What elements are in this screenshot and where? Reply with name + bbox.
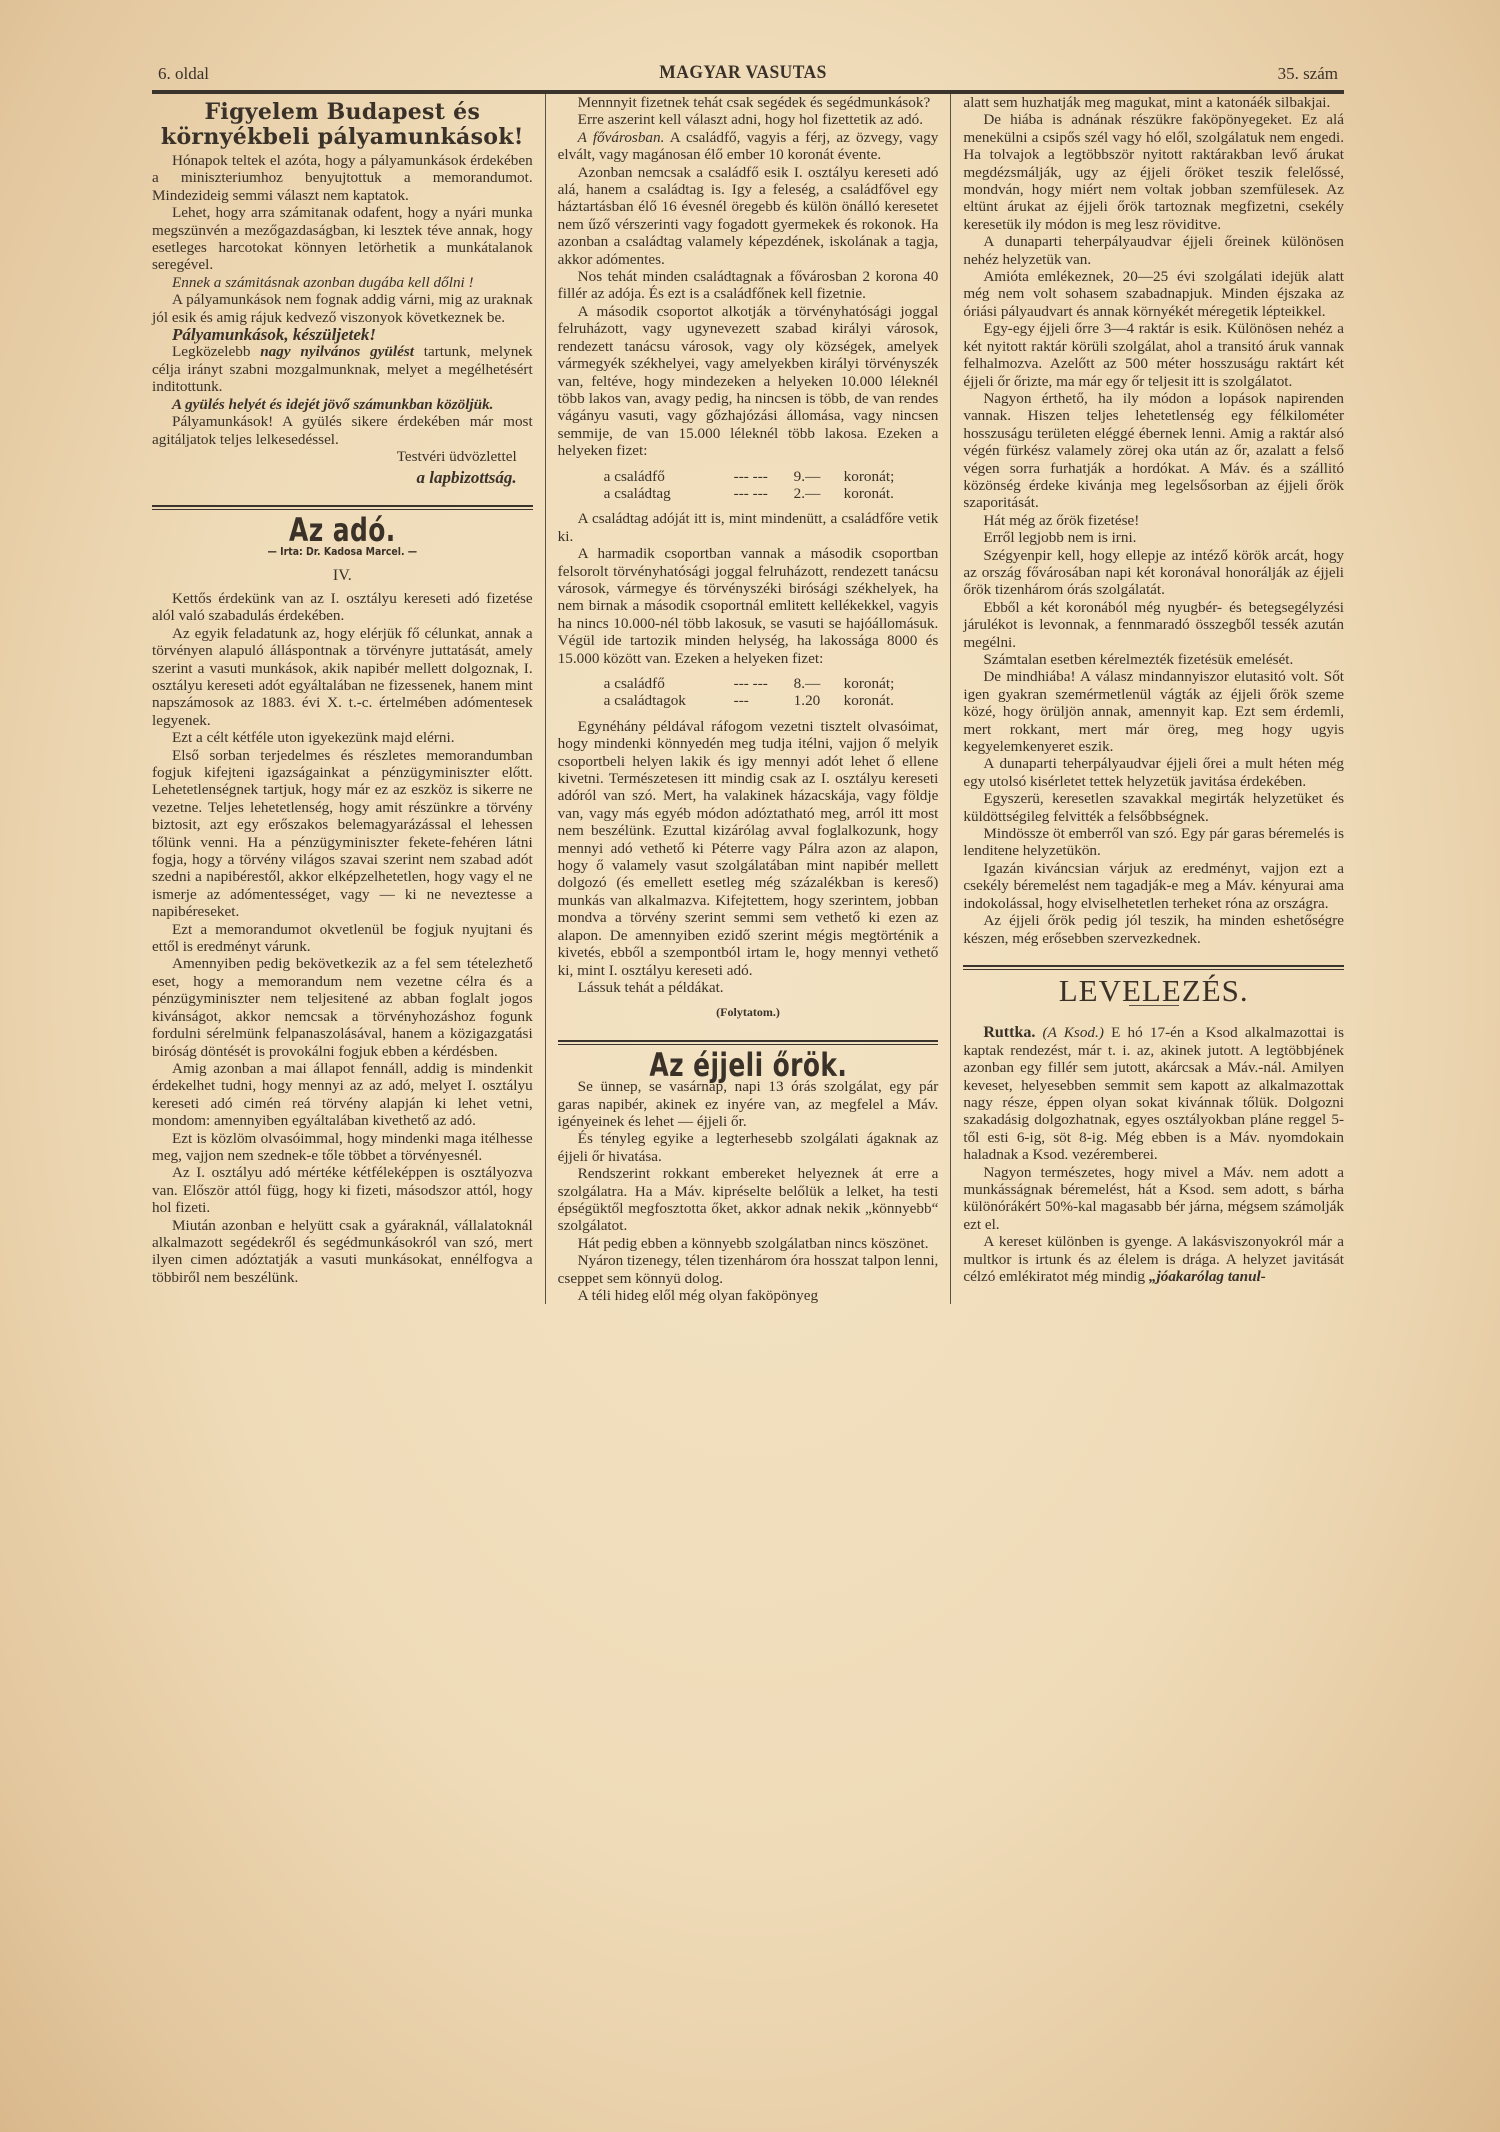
paragraph-continuation: alatt sem huzhatják meg magukat, mint a … [963,94,1344,111]
article-headline-pályamunkások: Figyelem Budapest és környékbeli pályamu… [152,100,533,150]
paragraph: Ezt is közlöm olvasóimmal, hogy mindenki… [152,1130,533,1165]
greeting: Testvéri üdvözlettel [152,448,533,465]
paragraph: A dunaparti teherpályaudvar éjjeli őrein… [963,233,1344,268]
capital-paragraph: A fővárosban. A családfő, vagyis a férj,… [558,129,939,164]
byline: — Irta: Dr. Kadosa Marcel. — [181,543,505,560]
letter-paragraph: Ruttka. (A Ksod.) E hó 17-én a Ksod alka… [963,1024,1344,1163]
paragraph: Ezt a célt kétféle uton igyekezünk majd … [152,729,533,746]
paragraph: Miután azonban e helyütt csak a gyárakná… [152,1217,533,1287]
paragraph: A pályamunkások nem fognak addig várni, … [152,291,533,326]
paragraph: Első sorban terjedelmes és részletes mem… [152,747,533,921]
paragraph: A harmadik csoportban vannak a második c… [558,545,939,667]
paragraph: Amennyiben pedig bekövetkezik az a fel s… [152,955,533,1059]
rate-row: a családtag --- --- 2.— koronát. [558,485,939,502]
paragraph: Igazán kiváncsian várjuk az eredményt, v… [963,860,1344,912]
paragraph: Nagyon természetes, hogy mivel a Máv. ne… [963,1164,1344,1234]
paragraph: De mindhiába! A válasz mindannyiszor elu… [963,668,1344,755]
paragraph: Hát pedig ebben a könnyebb szolgálatban … [558,1235,939,1252]
paragraph: Rendszerint rokkant embereket helyeznek … [558,1165,939,1235]
paragraph: Amig azonban a mai állapot fennáll, addi… [152,1060,533,1130]
section-title-levelezes: LEVELEZÉS. [963,982,1344,999]
paragraph: Ezt a memorandumot okvetlenül be fogjuk … [152,921,533,956]
paragraph: A dunaparti teherpályaudvar éjjeli őrei … [963,755,1344,790]
paragraph: Az éjjeli őrök pedig jól teszik, ha mind… [963,912,1344,947]
rate-row: a családfő --- --- 8.— koronát; [558,675,939,692]
section-divider [152,505,533,510]
paragraph: De hiába is adnának részükre faköpönyege… [963,111,1344,233]
paragraph: Nos tehát minden családtagnak a fővárosb… [558,268,939,303]
paragraph: Egy-egy éjjeli őrre 3—4 raktár is esik. … [963,320,1344,390]
paragraph: A családtag adóját itt is, mint mindenüt… [558,510,939,545]
paragraph: Lássuk tehát a példákat. [558,979,939,996]
rate-row: a családfő --- --- 9.— koronát; [558,468,939,485]
paragraph: Az egyik feladatunk az, hogy elérjük fő … [152,625,533,729]
call-to-action: Pályamunkások, készüljetek! [152,326,533,343]
paragraph: Lehet, hogy arra számitanak odafent, hog… [152,204,533,274]
paragraph: Ebből a két koronából még nyugbér- és be… [963,599,1344,651]
last-paragraph: A kereset különben is gyenge. A lakásvis… [963,1233,1344,1285]
paragraph: Nagyon érthető, ha ily módon a lopások n… [963,390,1344,512]
column-1: Figyelem Budapest és környékbeli pályamu… [152,94,545,1304]
paragraph: Mindössze öt emberről van szó. Egy pár g… [963,825,1344,860]
paragraph: Az I. osztályu adó mértéke kétféleképpen… [152,1164,533,1216]
paragraph: Erről legjobb nem is irni. [963,529,1344,546]
masthead: 6. oldal MAGYAR VASUTAS 35. szám [152,62,1344,84]
paragraph: Nyáron tizenegy, télen tizenhárom óra ho… [558,1252,939,1287]
paragraph: Szégyenpir kell, hogy ellepje az intéző … [963,547,1344,599]
paragraph: A második csoportot alkotják a törvényha… [558,303,939,460]
paragraph: Kettős érdekünk van az I. osztályu keres… [152,590,533,625]
paragraph: Mennnyit fizetnek tehát csak segédek és … [558,94,939,111]
part-number: IV. [152,567,533,584]
paragraph: Egyszerü, keresetlen szavakkal megirták … [963,790,1344,825]
columns: Figyelem Budapest és környékbeli pályamu… [152,94,1344,1304]
issue-number: 35. szám [1278,64,1338,84]
paragraph: Erre aszerint kell választ adni, hogy ho… [558,111,939,128]
signature: a lapbizottság. [152,469,533,486]
paragraph: Hónapok teltek el azóta, hogy a pályamun… [152,152,533,204]
section-divider [963,965,1344,970]
paragraph: Számtalan esetben kérelmezték fizetésük … [963,651,1344,668]
paragraph: A téli hideg elől még olyan faköpönyeg [558,1287,939,1304]
column-2: Mennnyit fizetnek tehát csak segédek és … [545,94,951,1304]
paragraph: Egynéhány példával ráfogom vezetni tiszt… [558,718,939,979]
rate-row: a családtagok --- 1.20 koronát. [558,692,939,709]
paragraph: Azonban nemcsak a családfő esik I. osztá… [558,164,939,268]
article-headline-ejjeli-orok: Az éjjeli őrök. [600,1057,897,1074]
meeting-paragraph: Legközelebb nagy nyilvános gyülést tartu… [152,343,533,395]
article-headline-az-ado: Az adó. [194,522,491,539]
page-number: 6. oldal [158,64,209,84]
closing-paragraph: Pályamunkások! A gyülés sikere érdekében… [152,413,533,448]
newspaper-page: 6. oldal MAGYAR VASUTAS 35. szám Figyele… [152,62,1344,1304]
newspaper-title: MAGYAR VASUTAS [660,62,828,84]
column-3: alatt sem huzhatják meg magukat, mint a … [950,94,1344,1304]
italic-paragraph: Ennek a számitásnak azonban dugába kell … [152,274,533,291]
paragraph: Se ünnep, se vasárnap, napi 13 órás szol… [558,1078,939,1130]
italic-paragraph: A gyülés helyét és idejét jövő számunkba… [152,396,533,413]
continued-note: (Folytatom.) [558,1004,939,1021]
paragraph: Amióta emlékeznek, 20—25 évi szolgálati … [963,268,1344,320]
paragraph: És tényleg egyike a legterhesebb szolgál… [558,1130,939,1165]
section-divider [558,1040,939,1045]
paragraph: Hát még az őrök fizetése! [963,512,1344,529]
